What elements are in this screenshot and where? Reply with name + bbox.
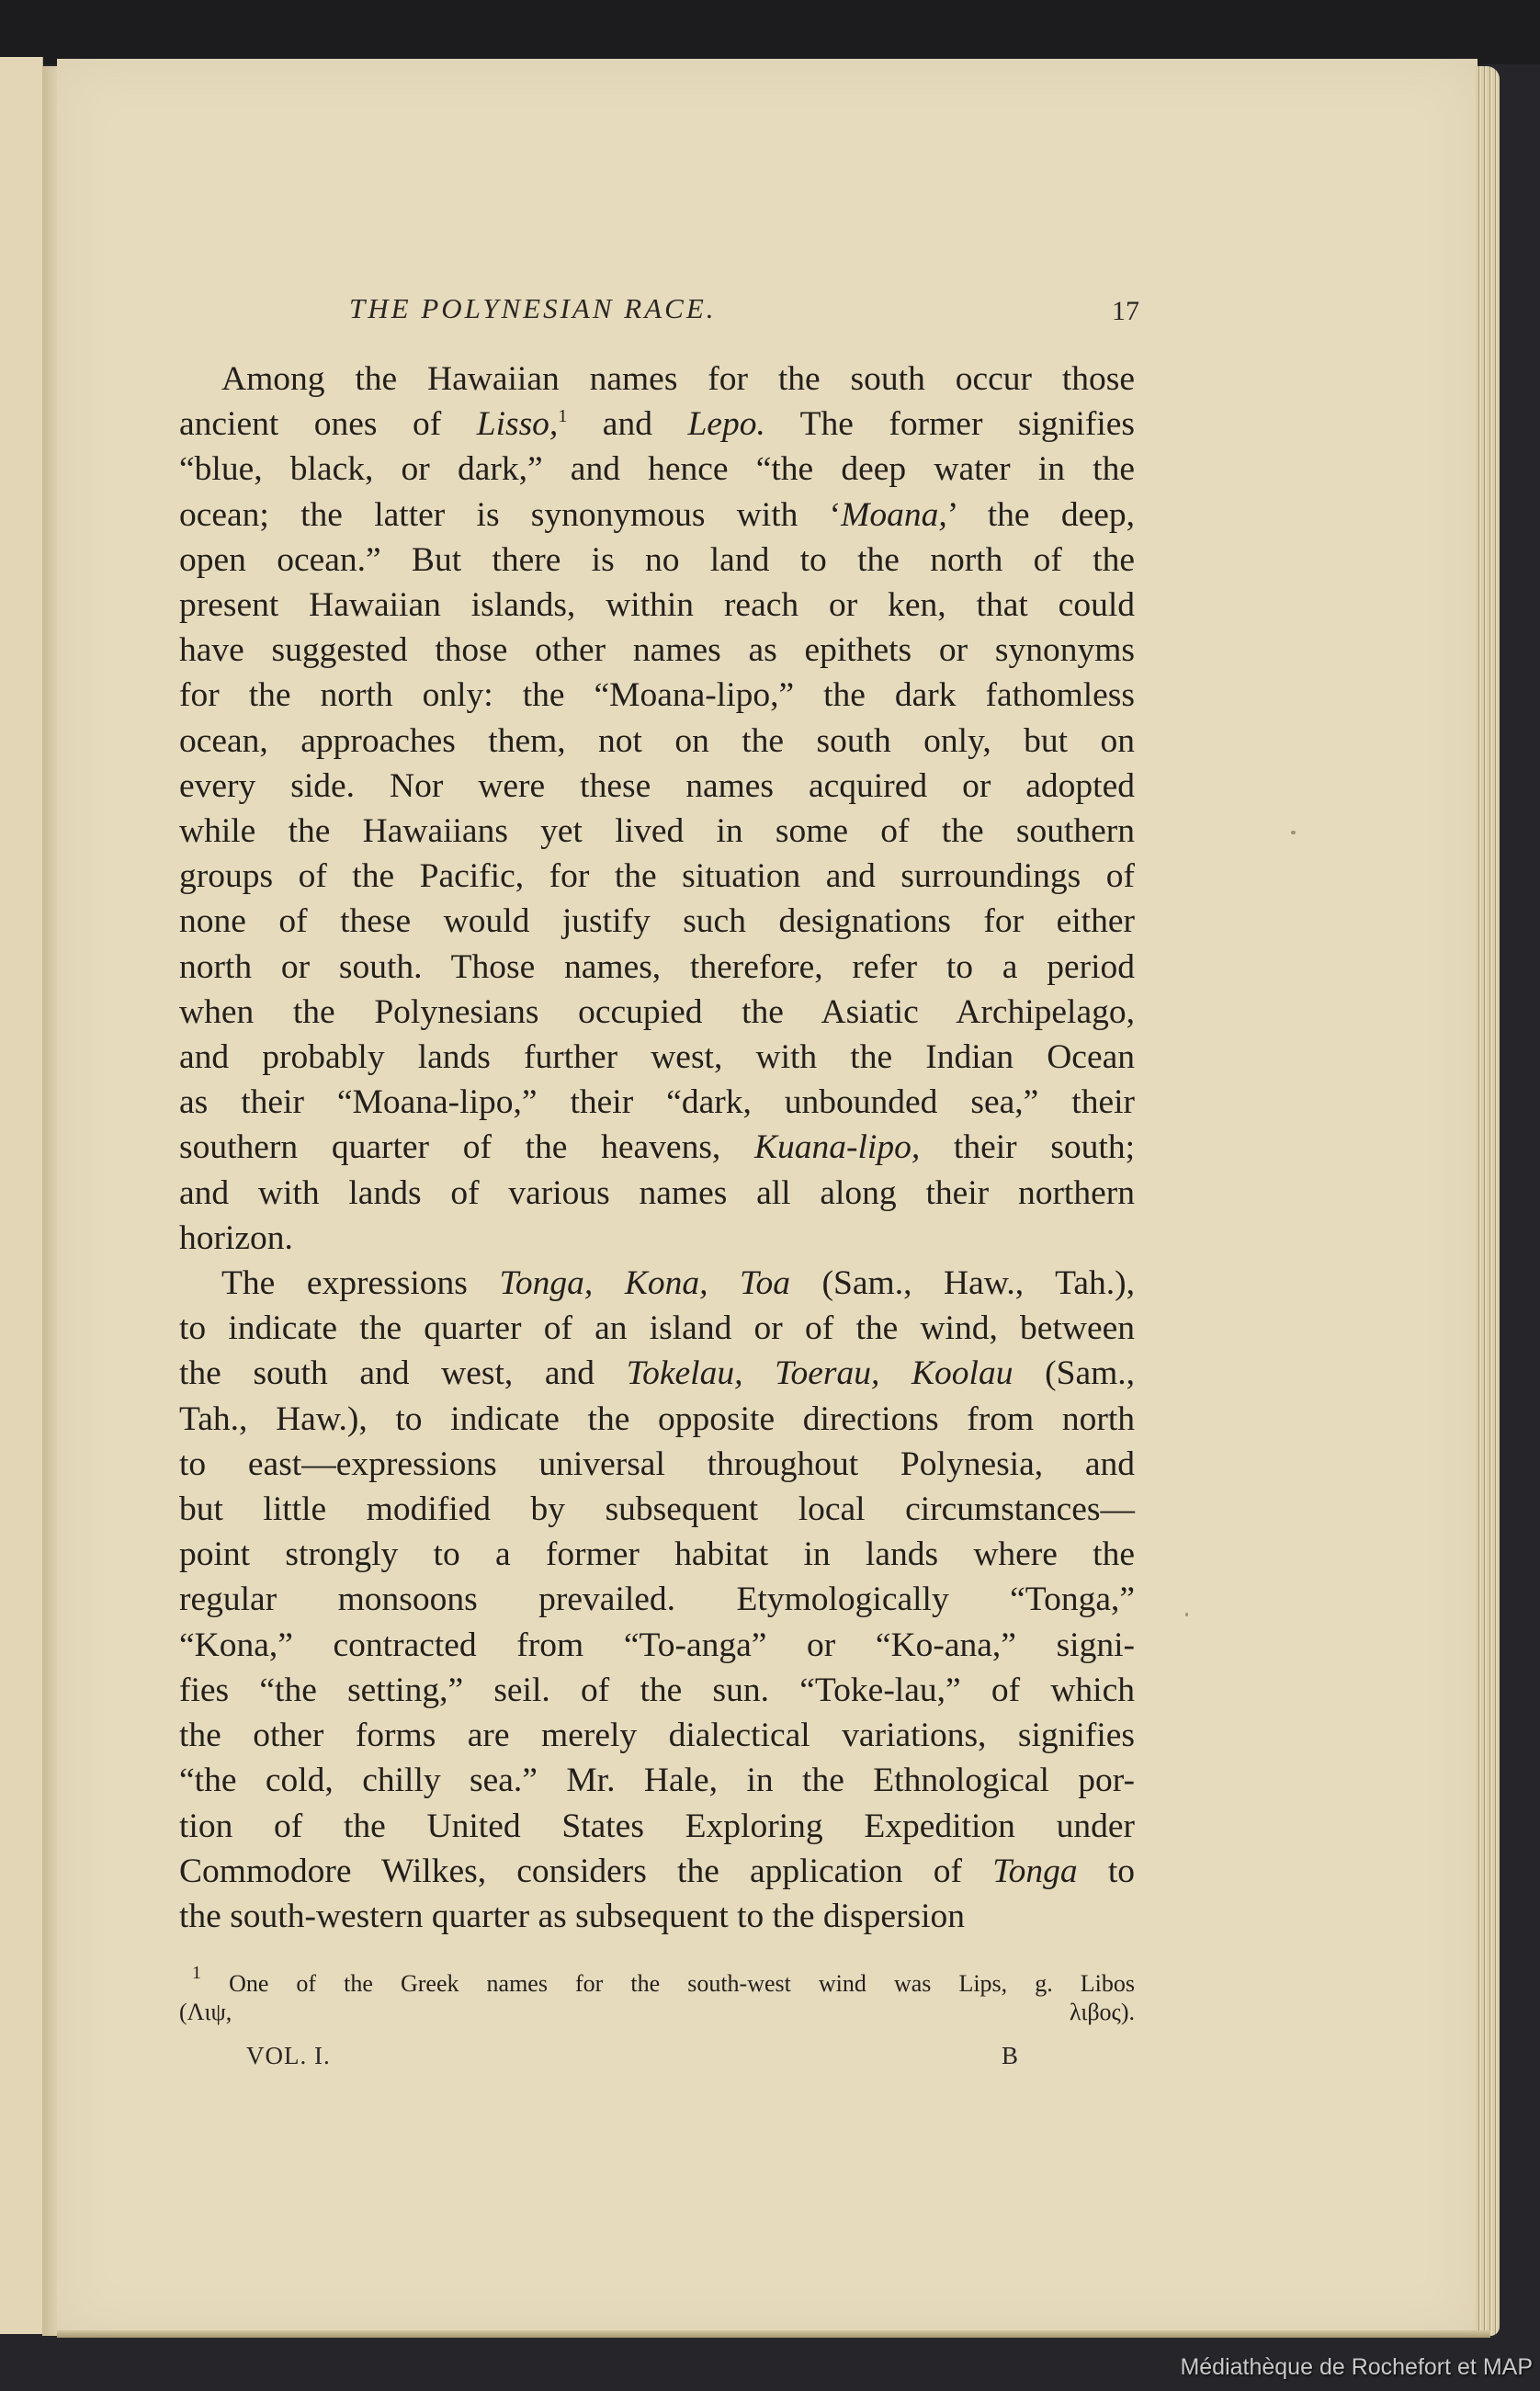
text-line: to east—expressions universal throughout… bbox=[179, 1442, 1135, 1487]
paper-speck bbox=[1291, 831, 1296, 834]
text-line: every side. Nor were these names acquire… bbox=[179, 764, 1135, 809]
text-line: ancient ones of Lisso,1 and Lepo. The fo… bbox=[179, 402, 1135, 447]
text-line: have suggested those other names as epit… bbox=[179, 628, 1135, 673]
text-line: Commodore Wilkes, considers the applicat… bbox=[179, 1849, 1135, 1894]
scan-background-top bbox=[0, 0, 1540, 64]
text-line: “the cold, chilly sea.” Mr. Hale, in the… bbox=[179, 1758, 1135, 1803]
body-text: Among the Hawaiian names for the south o… bbox=[179, 357, 1135, 1939]
text-line: tion of the United States Exploring Expe… bbox=[179, 1804, 1135, 1849]
text-line: Among the Hawaiian names for the south o… bbox=[179, 357, 1135, 402]
text-line: horizon. bbox=[179, 1216, 1135, 1261]
text-line: Tah., Haw.), to indicate the opposite di… bbox=[179, 1397, 1135, 1442]
text-line: but little modified by subsequent local … bbox=[179, 1487, 1135, 1532]
page-bottom-edge bbox=[57, 2330, 1490, 2338]
text-line: north or south. Those names, therefore, … bbox=[179, 945, 1135, 990]
page-stack-edges bbox=[1476, 66, 1500, 2336]
text-line: when the Polynesians occupied the Asiati… bbox=[179, 990, 1135, 1035]
footnote-line-2: (Λιψ, λιβος). bbox=[179, 1998, 1135, 2026]
text-line: the south and west, and Tokelau, Toerau,… bbox=[179, 1351, 1135, 1396]
text-line: ocean; the latter is synonymous with ‘Mo… bbox=[179, 493, 1135, 538]
text-line: while the Hawaiians yet lived in some of… bbox=[179, 809, 1135, 854]
text-line: point strongly to a former habitat in la… bbox=[179, 1532, 1135, 1577]
text-line: and probably lands further west, with th… bbox=[179, 1035, 1135, 1080]
footnote: 1 One of the Greek names for the south-w… bbox=[179, 1969, 1135, 2026]
facing-page-edge bbox=[0, 57, 43, 2334]
text-line: open ocean.” But there is no land to the… bbox=[179, 538, 1135, 583]
text-line: The expressions Tonga, Kona, Toa (Sam., … bbox=[179, 1261, 1135, 1306]
text-line: to indicate the quarter of an island or … bbox=[179, 1306, 1135, 1351]
book-gutter bbox=[42, 66, 57, 2336]
footnote-ref: 1 bbox=[558, 406, 567, 426]
text-line: for the north only: the “Moana-lipo,” th… bbox=[179, 673, 1135, 718]
text-line: present Hawaiian islands, within reach o… bbox=[179, 583, 1135, 628]
text-line: fies “the setting,” seil. of the sun. “T… bbox=[179, 1668, 1135, 1713]
footnote-marker: 1 bbox=[192, 1963, 201, 1983]
page-number: 17 bbox=[1112, 296, 1139, 327]
sheet-signature-letter: B bbox=[1002, 2042, 1018, 2070]
text-line: ocean, approaches them, not on the south… bbox=[179, 719, 1135, 764]
text-line: as their “Moana-lipo,” their “dark, unbo… bbox=[179, 1080, 1135, 1125]
footnote-line-1: 1 One of the Greek names for the south-w… bbox=[179, 1969, 1135, 1998]
text-line: groups of the Pacific, for the situation… bbox=[179, 854, 1135, 899]
library-watermark: Médiathèque de Rochefort et MAP bbox=[1180, 2354, 1533, 2381]
text-line: regular monsoons prevailed. Etymological… bbox=[179, 1577, 1135, 1622]
text-line: southern quarter of the heavens, Kuana-l… bbox=[179, 1125, 1135, 1170]
text-line: “Kona,” contracted from “To-anga” or “Ko… bbox=[179, 1623, 1135, 1668]
text-line: “blue, black, or dark,” and hence “the d… bbox=[179, 447, 1135, 492]
paper-speck bbox=[1185, 1613, 1188, 1616]
volume-label: VOL. I. bbox=[246, 2042, 331, 2070]
running-title: THE POLYNESIAN RACE. bbox=[349, 292, 717, 325]
text-line: none of these would justify such designa… bbox=[179, 899, 1135, 944]
text-line: and with lands of various names all alon… bbox=[179, 1171, 1135, 1216]
text-line: the south-western quarter as subsequent … bbox=[179, 1894, 1135, 1939]
text-line: the other forms are merely dialectical v… bbox=[179, 1713, 1135, 1758]
paragraphs: Among the Hawaiian names for the south o… bbox=[179, 357, 1135, 1939]
running-header: THE POLYNESIAN RACE. 17 bbox=[349, 292, 1139, 338]
